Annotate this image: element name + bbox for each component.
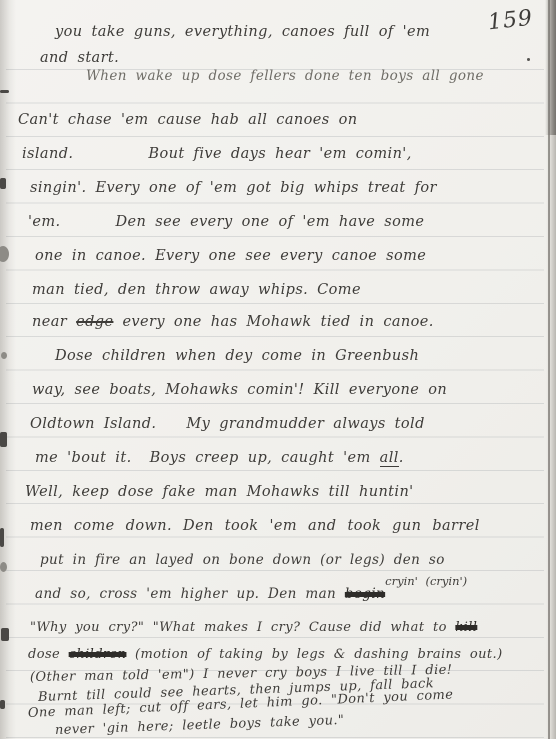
handwritten-line: 'em.Den see every one of 'em have some [28, 212, 424, 232]
page-number: 159 [487, 6, 534, 36]
binding-mark [1, 352, 7, 359]
handwritten-line: Dose children when dey come in Greenbush [55, 346, 419, 366]
handwritten-line: me 'bout it. Boys creep up, caught 'em a… [35, 448, 404, 468]
handwritten-line: one in canoe. Every one see every canoe … [35, 246, 426, 266]
line-segment: every one has Mohawk tied in canoe. [113, 314, 433, 330]
handwritten-line: you take guns, everything, canoes full o… [55, 22, 430, 42]
handwritten-line: Well, keep dose fake man Mohawks till hu… [25, 482, 414, 502]
corner-shadow [545, 0, 556, 135]
struck-word: kill [455, 620, 477, 635]
line-segment: near [32, 314, 76, 330]
handwritten-line: near edge every one has Mohawk tied in c… [32, 312, 434, 332]
line-segment: 'em. [28, 214, 61, 230]
line-segment: Den see every one of 'em have some [116, 214, 425, 230]
struck-word: begin [345, 586, 385, 602]
binding-mark [1, 628, 9, 641]
line-segment: island. [22, 146, 73, 162]
binding-mark [0, 90, 9, 93]
handwritten-line: Oldtown Island.My grandmudder always tol… [30, 414, 425, 434]
handwritten-line: When wake up dose fellers done ten boys … [86, 66, 484, 86]
binding-mark [0, 700, 5, 709]
rule-lines [6, 69, 544, 739]
handwritten-line: way, see boats, Mohawks comin'! Kill eve… [32, 380, 447, 400]
line-segment: . [399, 450, 404, 466]
binding-mark [0, 562, 7, 572]
struck-word: children [69, 647, 127, 662]
binding-mark [0, 528, 4, 547]
handwritten-line: and so, cross 'em higher up. Den man beg… [35, 584, 467, 604]
superscript-note: cryin' (cryin') [385, 574, 467, 588]
handwritten-line: put in fire an layed on bone down (or le… [40, 550, 445, 570]
handwritten-line: and start. [40, 48, 119, 68]
underlined-word: all [380, 450, 399, 467]
handwritten-line: "Why you cry?" "What makes I cry? Cause … [30, 618, 477, 638]
line-segment: My grandmudder always told [186, 416, 424, 432]
line-segment: Bout five days hear 'em comin', [148, 146, 411, 162]
line-segment: and so, cross 'em higher up. Den man [35, 586, 345, 602]
struck-word: edge [76, 314, 113, 330]
line-segment: me 'bout it. Boys creep up, caught 'em [35, 450, 380, 466]
handwritten-line: Can't chase 'em cause hab all canoes on [18, 110, 357, 130]
handwritten-line: singin'. Every one of 'em got big whips … [30, 178, 437, 198]
binding-mark [0, 432, 7, 447]
handwritten-line: island.Bout five days hear 'em comin', [22, 144, 412, 164]
line-segment: dose [28, 647, 69, 662]
scanned-notebook-page: 159 you take guns, everything, canoes fu… [0, 0, 556, 739]
binding-mark [0, 178, 6, 189]
line-segment: Oldtown Island. [30, 416, 156, 432]
handwritten-line: men come down. Den took 'em and took gun… [30, 516, 480, 536]
line-segment: "Why you cry?" "What makes I cry? Cause … [30, 620, 455, 635]
handwritten-line: man tied, den throw away whips. Come [32, 280, 361, 300]
ink-dot [527, 58, 530, 61]
